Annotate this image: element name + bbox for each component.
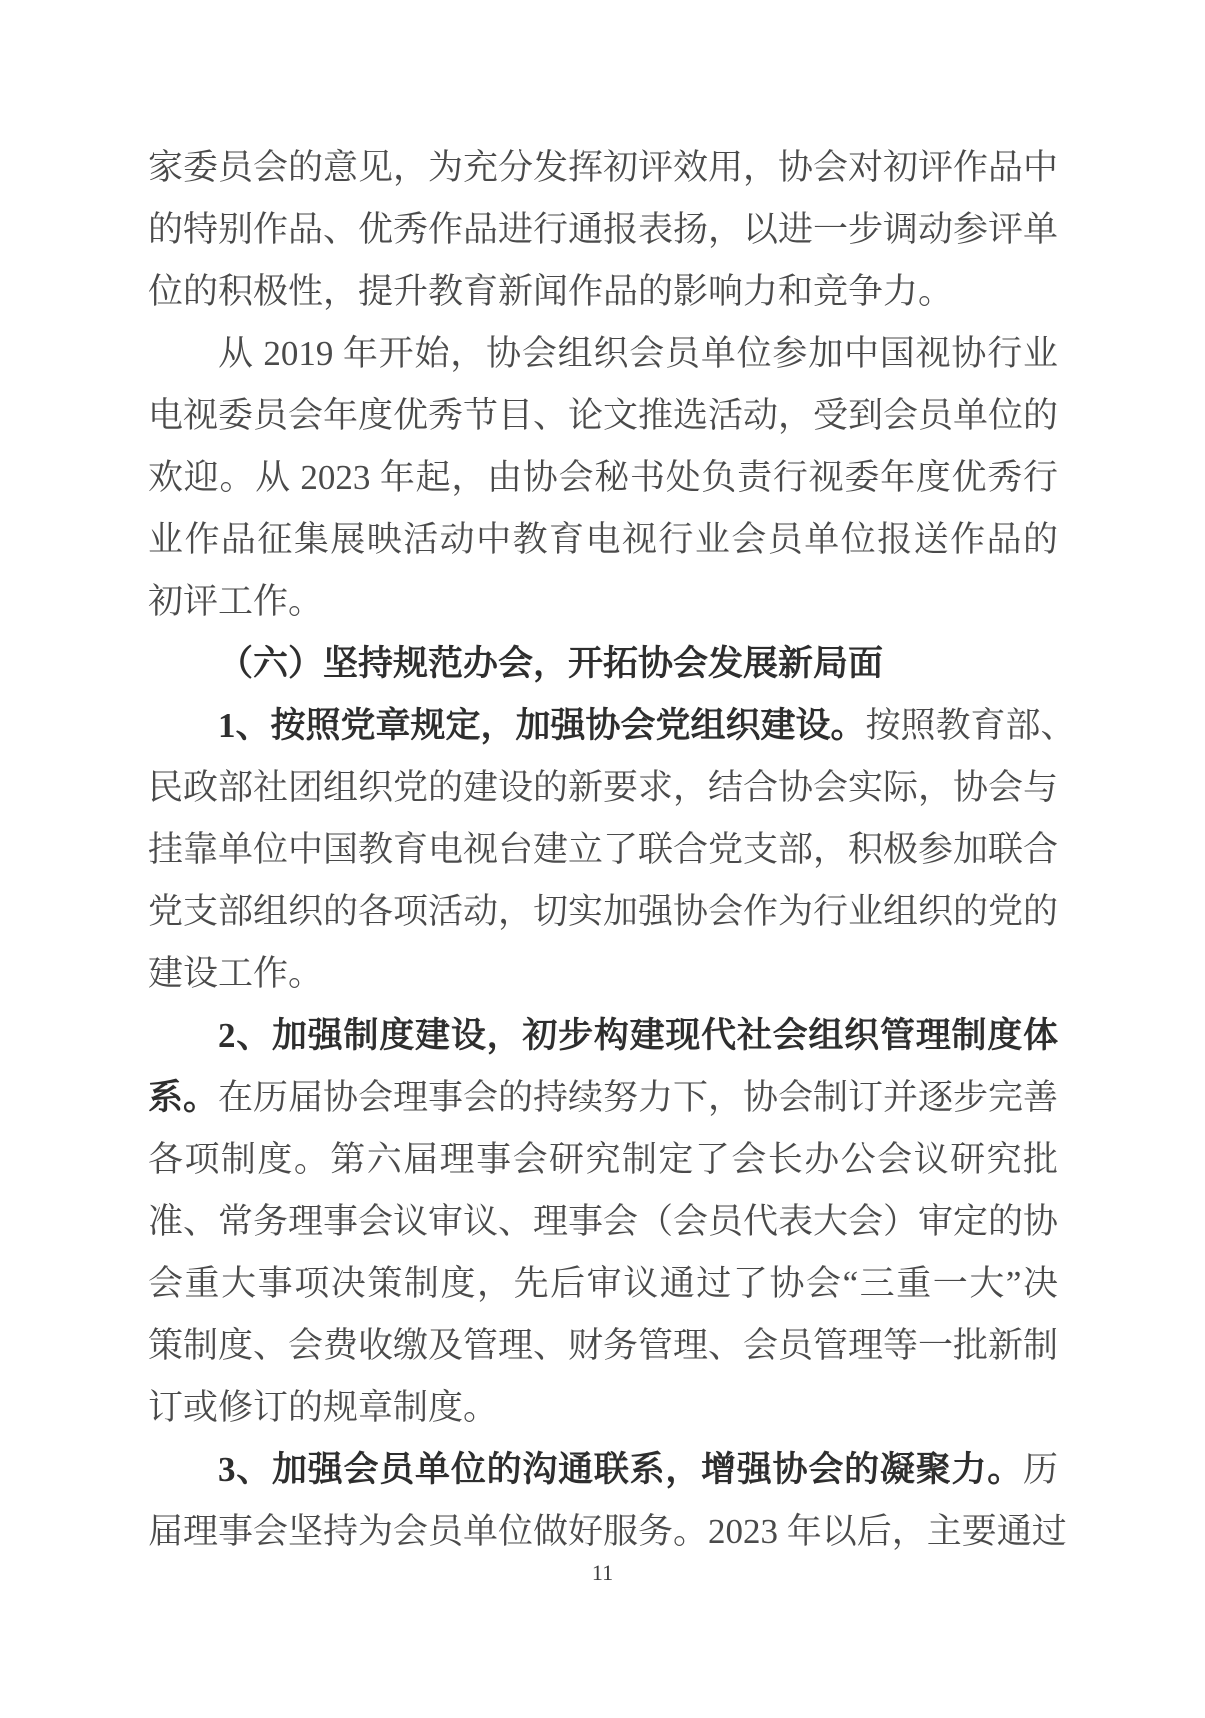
text-line: 系。在历届协会理事会的持续努力下，协会制订并逐步完善 [148,1067,1058,1129]
text-run: 挂靠单位中国教育电视台建立了联合党支部，积极参加联合 [148,830,1058,869]
text-run: 会重大事项决策制度，先后审议通过了协会“三重一大”决 [148,1264,1058,1303]
text-line: 从 2019 年开始，协会组织会员单位参加中国视协行业 [148,323,1058,385]
text-run: 历 [1023,1450,1058,1489]
document-page: 家委员会的意见，为充分发挥初评效用，协会对初评作品中 的特别作品、优秀作品进行通… [0,0,1205,1718]
text-line: 2、加强制度建设，初步构建现代社会组织管理制度体 [148,1005,1058,1067]
document-body-text: 家委员会的意见，为充分发挥初评效用，协会对初评作品中 的特别作品、优秀作品进行通… [148,137,1058,1563]
text-line: 各项制度。第六届理事会研究制定了会长办公会议研究批 [148,1129,1058,1191]
text-run: 民政部社团组织党的建设的新要求，结合协会实际，协会与 [148,768,1058,807]
text-line: 党支部组织的各项活动，切实加强协会作为行业组织的党的 [148,881,1058,943]
text-run: 党支部组织的各项活动，切实加强协会作为行业组织的党的 [148,892,1058,931]
text-line: 会重大事项决策制度，先后审议通过了协会“三重一大”决 [148,1253,1058,1315]
text-line: 的特别作品、优秀作品进行通报表扬，以进一步调动参评单 [148,199,1058,261]
text-run: 业作品征集展映活动中教育电视行业会员单位报送作品的 [148,520,1058,559]
text-line: 业作品征集展映活动中教育电视行业会员单位报送作品的 [148,509,1058,571]
text-line: 1、按照党章规定，加强协会党组织建设。按照教育部、 [148,695,1058,757]
text-run: 建设工作。 [148,954,323,993]
text-line: 3、加强会员单位的沟通联系，增强协会的凝聚力。历 [148,1439,1058,1501]
bold-run: （六）坚持规范办会，开拓协会发展新局面 [218,644,883,683]
text-line: 策制度、会费收缴及管理、财务管理、会员管理等一批新制 [148,1315,1058,1377]
bold-run: 3、加强会员单位的沟通联系，增强协会的凝聚力。 [218,1450,1023,1489]
text-run: 订或修订的规章制度。 [148,1388,498,1427]
page-number: 11 [0,1558,1205,1588]
text-line: 建设工作。 [148,943,1058,1005]
bold-run: 2、加强制度建设，初步构建现代社会组织管理制度体 [218,1016,1058,1055]
text-run: 电视委员会年度优秀节目、论文推选活动，受到会员单位的 [148,396,1058,435]
text-run: 准、常务理事会议审议、理事会（会员代表大会）审定的协 [148,1202,1058,1241]
text-line: 准、常务理事会议审议、理事会（会员代表大会）审定的协 [148,1191,1058,1253]
text-run: 位的积极性，提升教育新闻作品的影响力和竞争力。 [148,272,953,311]
text-line: 民政部社团组织党的建设的新要求，结合协会实际，协会与 [148,757,1058,819]
text-run: 策制度、会费收缴及管理、财务管理、会员管理等一批新制 [148,1326,1058,1365]
text-run: 各项制度。第六届理事会研究制定了会长办公会议研究批 [148,1140,1058,1179]
text-line: 订或修订的规章制度。 [148,1377,1058,1439]
text-run: 的特别作品、优秀作品进行通报表扬，以进一步调动参评单 [148,210,1058,249]
text-line: 位的积极性，提升教育新闻作品的影响力和竞争力。 [148,261,1058,323]
text-run: 初评工作。 [148,582,323,621]
text-run: 家委员会的意见，为充分发挥初评效用，协会对初评作品中 [148,148,1058,187]
text-run: 在历届协会理事会的持续努力下，协会制订并逐步完善 [218,1078,1058,1117]
bold-run: 系。 [148,1078,218,1117]
text-line: 电视委员会年度优秀节目、论文推选活动，受到会员单位的 [148,385,1058,447]
section-heading: （六）坚持规范办会，开拓协会发展新局面 [148,633,1058,695]
text-run: 届理事会坚持为会员单位做好服务。2023 年以后，主要通过 [148,1512,1067,1551]
text-line: 初评工作。 [148,571,1058,633]
text-run: 从 2019 年开始，协会组织会员单位参加中国视协行业 [218,334,1058,373]
text-run: 欢迎。从 2023 年起，由协会秘书处负责行视委年度优秀行 [148,458,1058,497]
bold-run: 1、按照党章规定，加强协会党组织建设。 [218,706,866,745]
text-line: 欢迎。从 2023 年起，由协会秘书处负责行视委年度优秀行 [148,447,1058,509]
text-line: 家委员会的意见，为充分发挥初评效用，协会对初评作品中 [148,137,1058,199]
text-line: 挂靠单位中国教育电视台建立了联合党支部，积极参加联合 [148,819,1058,881]
text-run: 按照教育部、 [866,706,1076,745]
text-line: 届理事会坚持为会员单位做好服务。2023 年以后，主要通过 [148,1501,1058,1563]
